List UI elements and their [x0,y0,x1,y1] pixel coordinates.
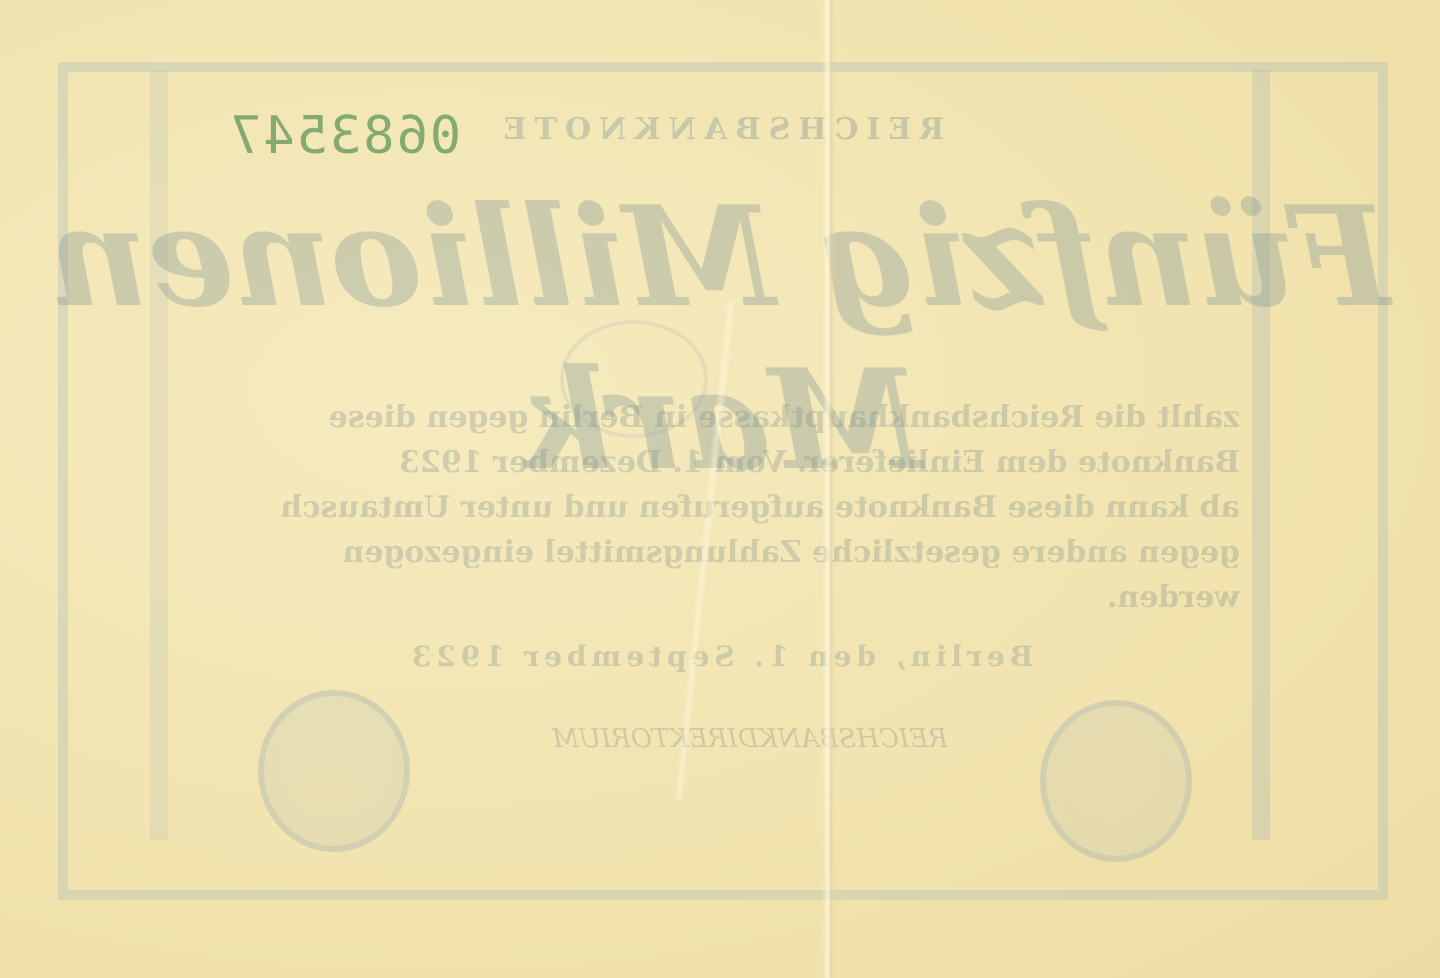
header-text: REICHSBANKNOTE [0,112,1440,147]
issuer-signatures: REICHSBANKDIREKTORIUM [440,720,1060,758]
legal-text-line: Banknote dem Einlieferer. Vom 1. Dezembe… [240,440,1240,485]
seal-left-icon [258,690,410,852]
legal-text-line: gegen andere gesetzliche Zahlungsmittel … [240,530,1240,575]
seal-right-icon [1040,700,1192,862]
legal-text: zahlt die Reichsbankhauptkasse in Berlin… [240,395,1240,620]
legal-text-line: zahlt die Reichsbankhauptkasse in Berlin… [240,395,1240,440]
legal-text-line: ab kann diese Banknote aufgerufen und un… [240,485,1240,530]
banknote-reverse: REICHSBANKNOTE 0683547 Fünfzig Millionen… [0,0,1440,978]
legal-text-line: werden. [240,575,1240,620]
serial-number: 0683547 [228,106,461,166]
date-line: Berlin, den 1. September 1923 [0,640,1440,673]
fold-crease [822,0,836,978]
